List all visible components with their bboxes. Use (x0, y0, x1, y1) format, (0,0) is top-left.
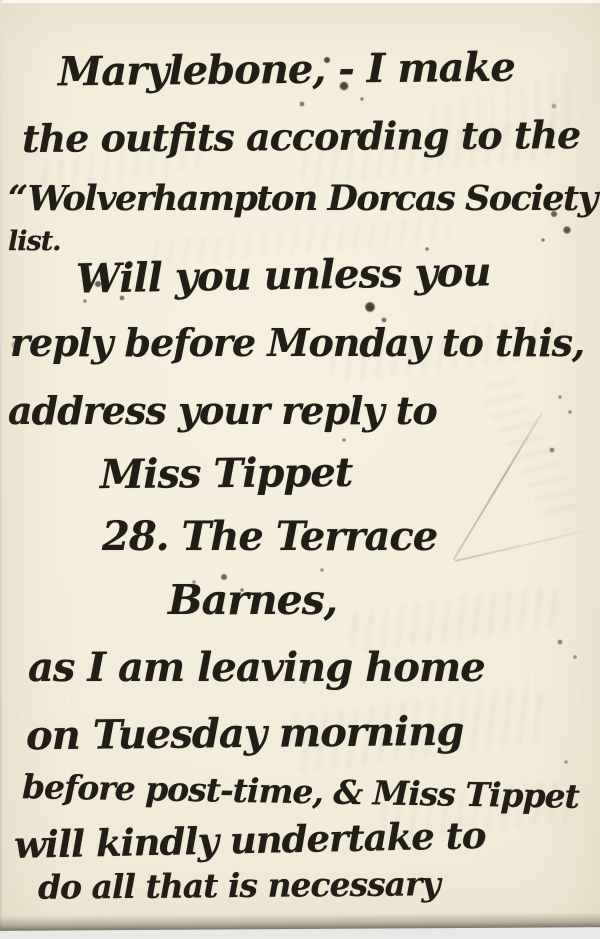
handwriting-line: reply before Monday to this, (10, 320, 584, 365)
handwriting-line: as I am leaving home (28, 644, 485, 691)
handwriting-line: Will you unless you (76, 248, 491, 302)
bleed-through-mark (478, 374, 582, 524)
handwriting-line: Barnes, (168, 576, 337, 624)
handwriting-line: “Wolverhampton Dorcas Society” (8, 178, 600, 219)
handwriting-line: the outfits according to the (22, 112, 581, 161)
handwriting-line: on Tuesday morning (26, 708, 464, 760)
handwriting-line: will kindly undertake to (14, 813, 486, 867)
handwriting-line: 28. The Terrace (102, 513, 437, 560)
handwriting-line: before post-time, & Miss Tippet (22, 767, 580, 816)
handwriting-line: Miss Tippet (100, 449, 353, 498)
paper-edge-left (0, 0, 2, 939)
crease-line (455, 531, 582, 562)
paper-edge-top (0, 0, 600, 3)
handwriting-line: address your reply to (8, 388, 437, 433)
handwriting-line: list. (8, 226, 61, 257)
letter-page: Marylebone, - I make the outfits accordi… (0, 0, 600, 939)
handwriting-line: Marylebone, - I make (58, 44, 515, 96)
handwriting-line: do all that is necessary (38, 864, 440, 907)
